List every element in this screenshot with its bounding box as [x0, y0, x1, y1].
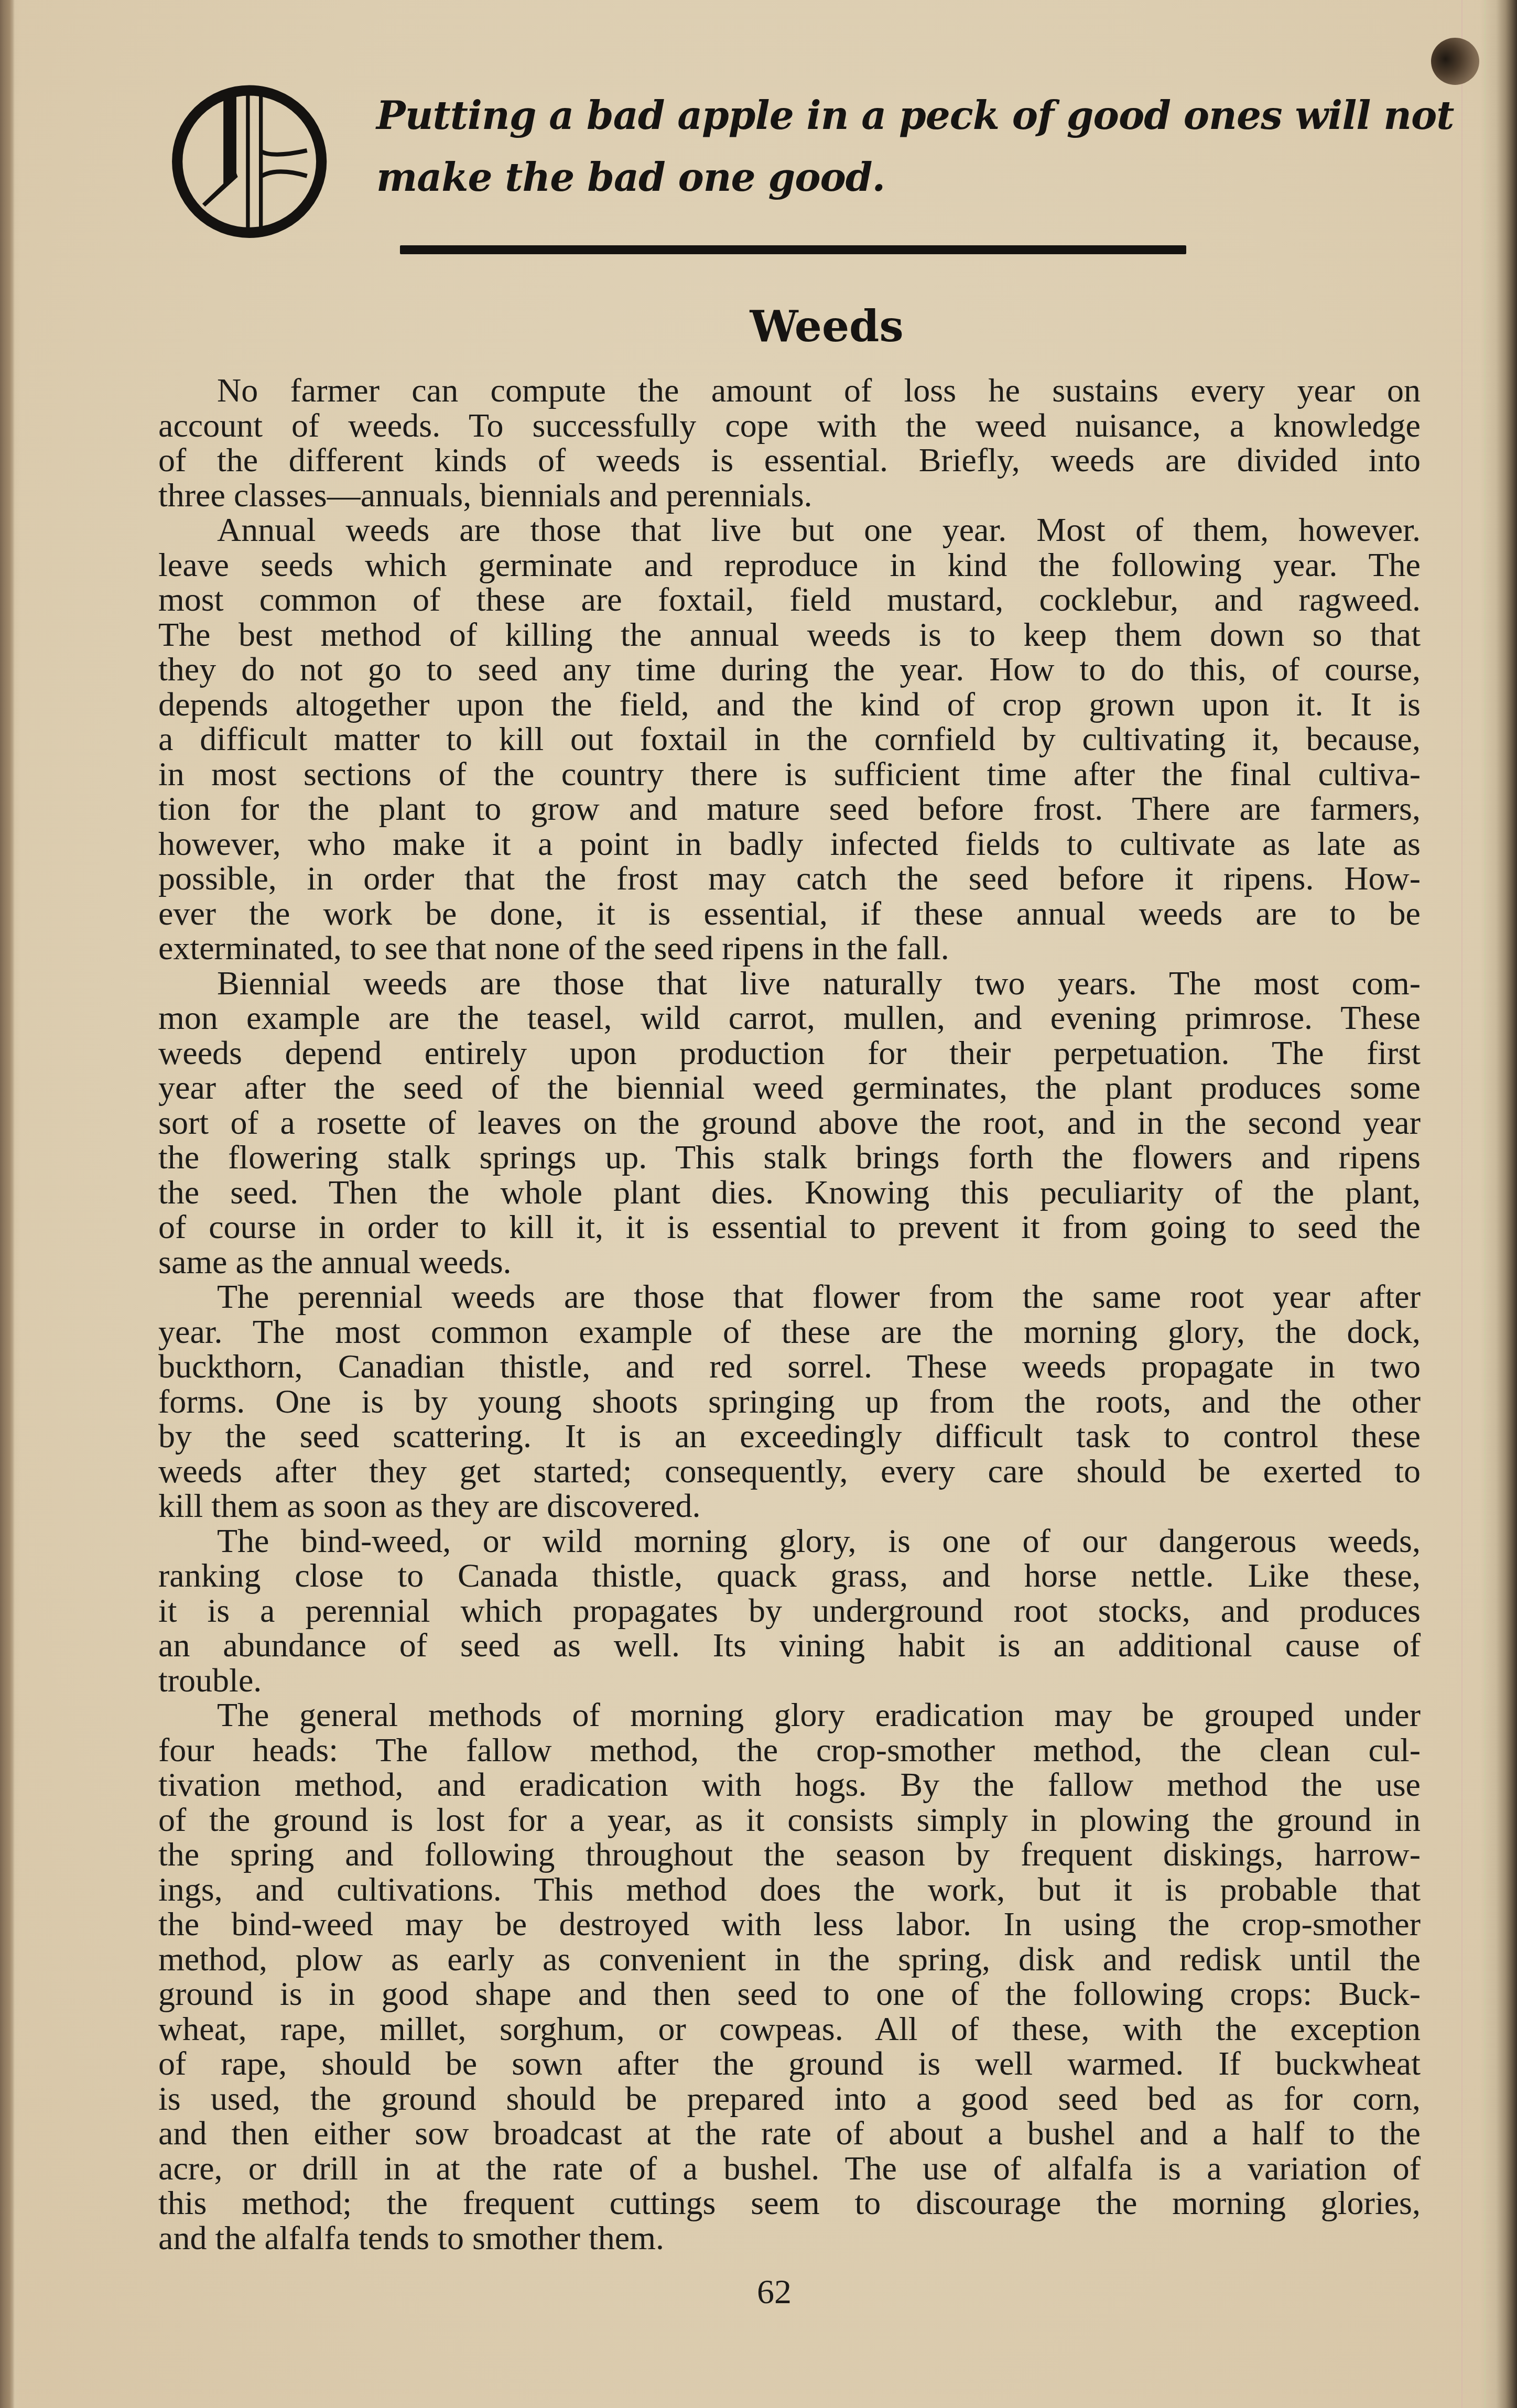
text-line: by the seed scattering. It is an exceedi… — [158, 1419, 1421, 1454]
text-line: The general methods of morning glory era… — [158, 1698, 1421, 1733]
text-line: a difficult matter to kill out foxtail i… — [158, 722, 1421, 757]
text-line: acre, or drill in at the rate of a bushe… — [158, 2151, 1421, 2186]
scan-artifact-line — [1461, 0, 1462, 2408]
epigraph-quote: Putting a bad apple in a peck of good on… — [376, 85, 1451, 209]
text-line: trouble. — [158, 1663, 1421, 1698]
ornamental-initial-monogram-icon — [167, 79, 340, 246]
text-line: weeds after they get started; consequent… — [158, 1454, 1421, 1489]
text-line: exterminated, to see that none of the se… — [158, 931, 1421, 966]
text-line: ever the work be done, it is essential, … — [158, 896, 1421, 931]
epigraph-line: make the bad one good. — [376, 147, 1451, 209]
text-line: wheat, rape, millet, sorghum, or cowpeas… — [158, 2012, 1421, 2047]
paragraph: The perennial weeds are those that flowe… — [158, 1279, 1421, 1524]
text-line: of rape, should be sown after the ground… — [158, 2046, 1421, 2081]
text-line: this method; the frequent cuttings seem … — [158, 2186, 1421, 2221]
paragraph: The general methods of morning glory era… — [158, 1698, 1421, 2255]
text-line: sort of a rosette of leaves on the groun… — [158, 1105, 1421, 1141]
text-line: they do not go to seed any time during t… — [158, 652, 1421, 687]
text-line: the seed. Then the whole plant dies. Kno… — [158, 1175, 1421, 1210]
text-line: and then either sow broadcast at the rat… — [158, 2116, 1421, 2151]
text-line: tivation method, and eradication with ho… — [158, 1767, 1421, 1803]
text-line: The bind-weed, or wild morning glory, is… — [158, 1524, 1421, 1559]
punch-hole — [1431, 38, 1479, 85]
article-title: Weeds — [0, 301, 1517, 352]
text-line: buckthorn, Canadian thistle, and red sor… — [158, 1349, 1421, 1384]
text-line: the spring and following throughout the … — [158, 1837, 1421, 1872]
text-line: depends altogether upon the field, and t… — [158, 687, 1421, 722]
text-line: No farmer can compute the amount of loss… — [158, 373, 1421, 408]
scan-artifact-line — [1485, 0, 1486, 2408]
text-line: the bind-weed may be destroyed with less… — [158, 1907, 1421, 1942]
text-line: same as the annual weeds. — [158, 1245, 1421, 1280]
text-line: however, who make it a point in badly in… — [158, 827, 1421, 862]
text-line: in most sections of the country there is… — [158, 757, 1421, 792]
text-line: is used, the ground should be prepared i… — [158, 2081, 1421, 2117]
text-line: The perennial weeds are those that flowe… — [158, 1279, 1421, 1315]
text-line: leave seeds which germinate and reproduc… — [158, 548, 1421, 583]
text-line: of the ground is lost for a year, as it … — [158, 1803, 1421, 1838]
book-page: Putting a bad apple in a peck of good on… — [0, 0, 1517, 2408]
horizontal-rule-divider — [400, 245, 1186, 254]
text-line: of the different kinds of weeds is essen… — [158, 443, 1421, 478]
page-number: 62 — [0, 2272, 1517, 2312]
text-line: most common of these are foxtail, field … — [158, 582, 1421, 617]
text-line: and the alfalfa tends to smother them. — [158, 2221, 1421, 2256]
text-line: method, plow as early as convenient in t… — [158, 1942, 1421, 1977]
text-line: the flowering stalk springs up. This sta… — [158, 1140, 1421, 1175]
paragraph: Annual weeds are those that live but one… — [158, 513, 1421, 966]
text-line: year after the seed of the biennial weed… — [158, 1070, 1421, 1105]
article-body: No farmer can compute the amount of loss… — [158, 373, 1421, 2255]
text-line: weeds depend entirely upon production fo… — [158, 1036, 1421, 1071]
text-line: ground is in good shape and then seed to… — [158, 1977, 1421, 2012]
text-line: possible, in order that the frost may ca… — [158, 861, 1421, 896]
text-line: an abundance of seed as well. Its vining… — [158, 1628, 1421, 1663]
text-line: Biennial weeds are those that live natur… — [158, 966, 1421, 1001]
paragraph: The bind-weed, or wild morning glory, is… — [158, 1524, 1421, 1698]
text-line: Annual weeds are those that live but one… — [158, 513, 1421, 548]
text-line: mon example are the teasel, wild carrot,… — [158, 1001, 1421, 1036]
text-line: year. The most common example of these a… — [158, 1315, 1421, 1350]
text-line: tion for the plant to grow and mature se… — [158, 791, 1421, 827]
text-line: four heads: The fallow method, the crop-… — [158, 1733, 1421, 1768]
text-line: kill them as soon as they are discovered… — [158, 1489, 1421, 1524]
epigraph-line: Putting a bad apple in a peck of good on… — [376, 85, 1451, 147]
text-line: of course in order to kill it, it is ess… — [158, 1210, 1421, 1245]
paragraph: Biennial weeds are those that live natur… — [158, 966, 1421, 1280]
text-line: it is a perennial which propagates by un… — [158, 1593, 1421, 1629]
text-line: The best method of killing the annual we… — [158, 617, 1421, 653]
text-line: account of weeds. To successfully cope w… — [158, 408, 1421, 443]
text-line: three classes—annuals, biennials and per… — [158, 478, 1421, 513]
paragraph: No farmer can compute the amount of loss… — [158, 373, 1421, 513]
text-line: ranking close to Canada thistle, quack g… — [158, 1558, 1421, 1593]
text-line: forms. One is by young shoots springing … — [158, 1384, 1421, 1419]
text-line: ings, and cultivations. This method does… — [158, 1872, 1421, 1907]
